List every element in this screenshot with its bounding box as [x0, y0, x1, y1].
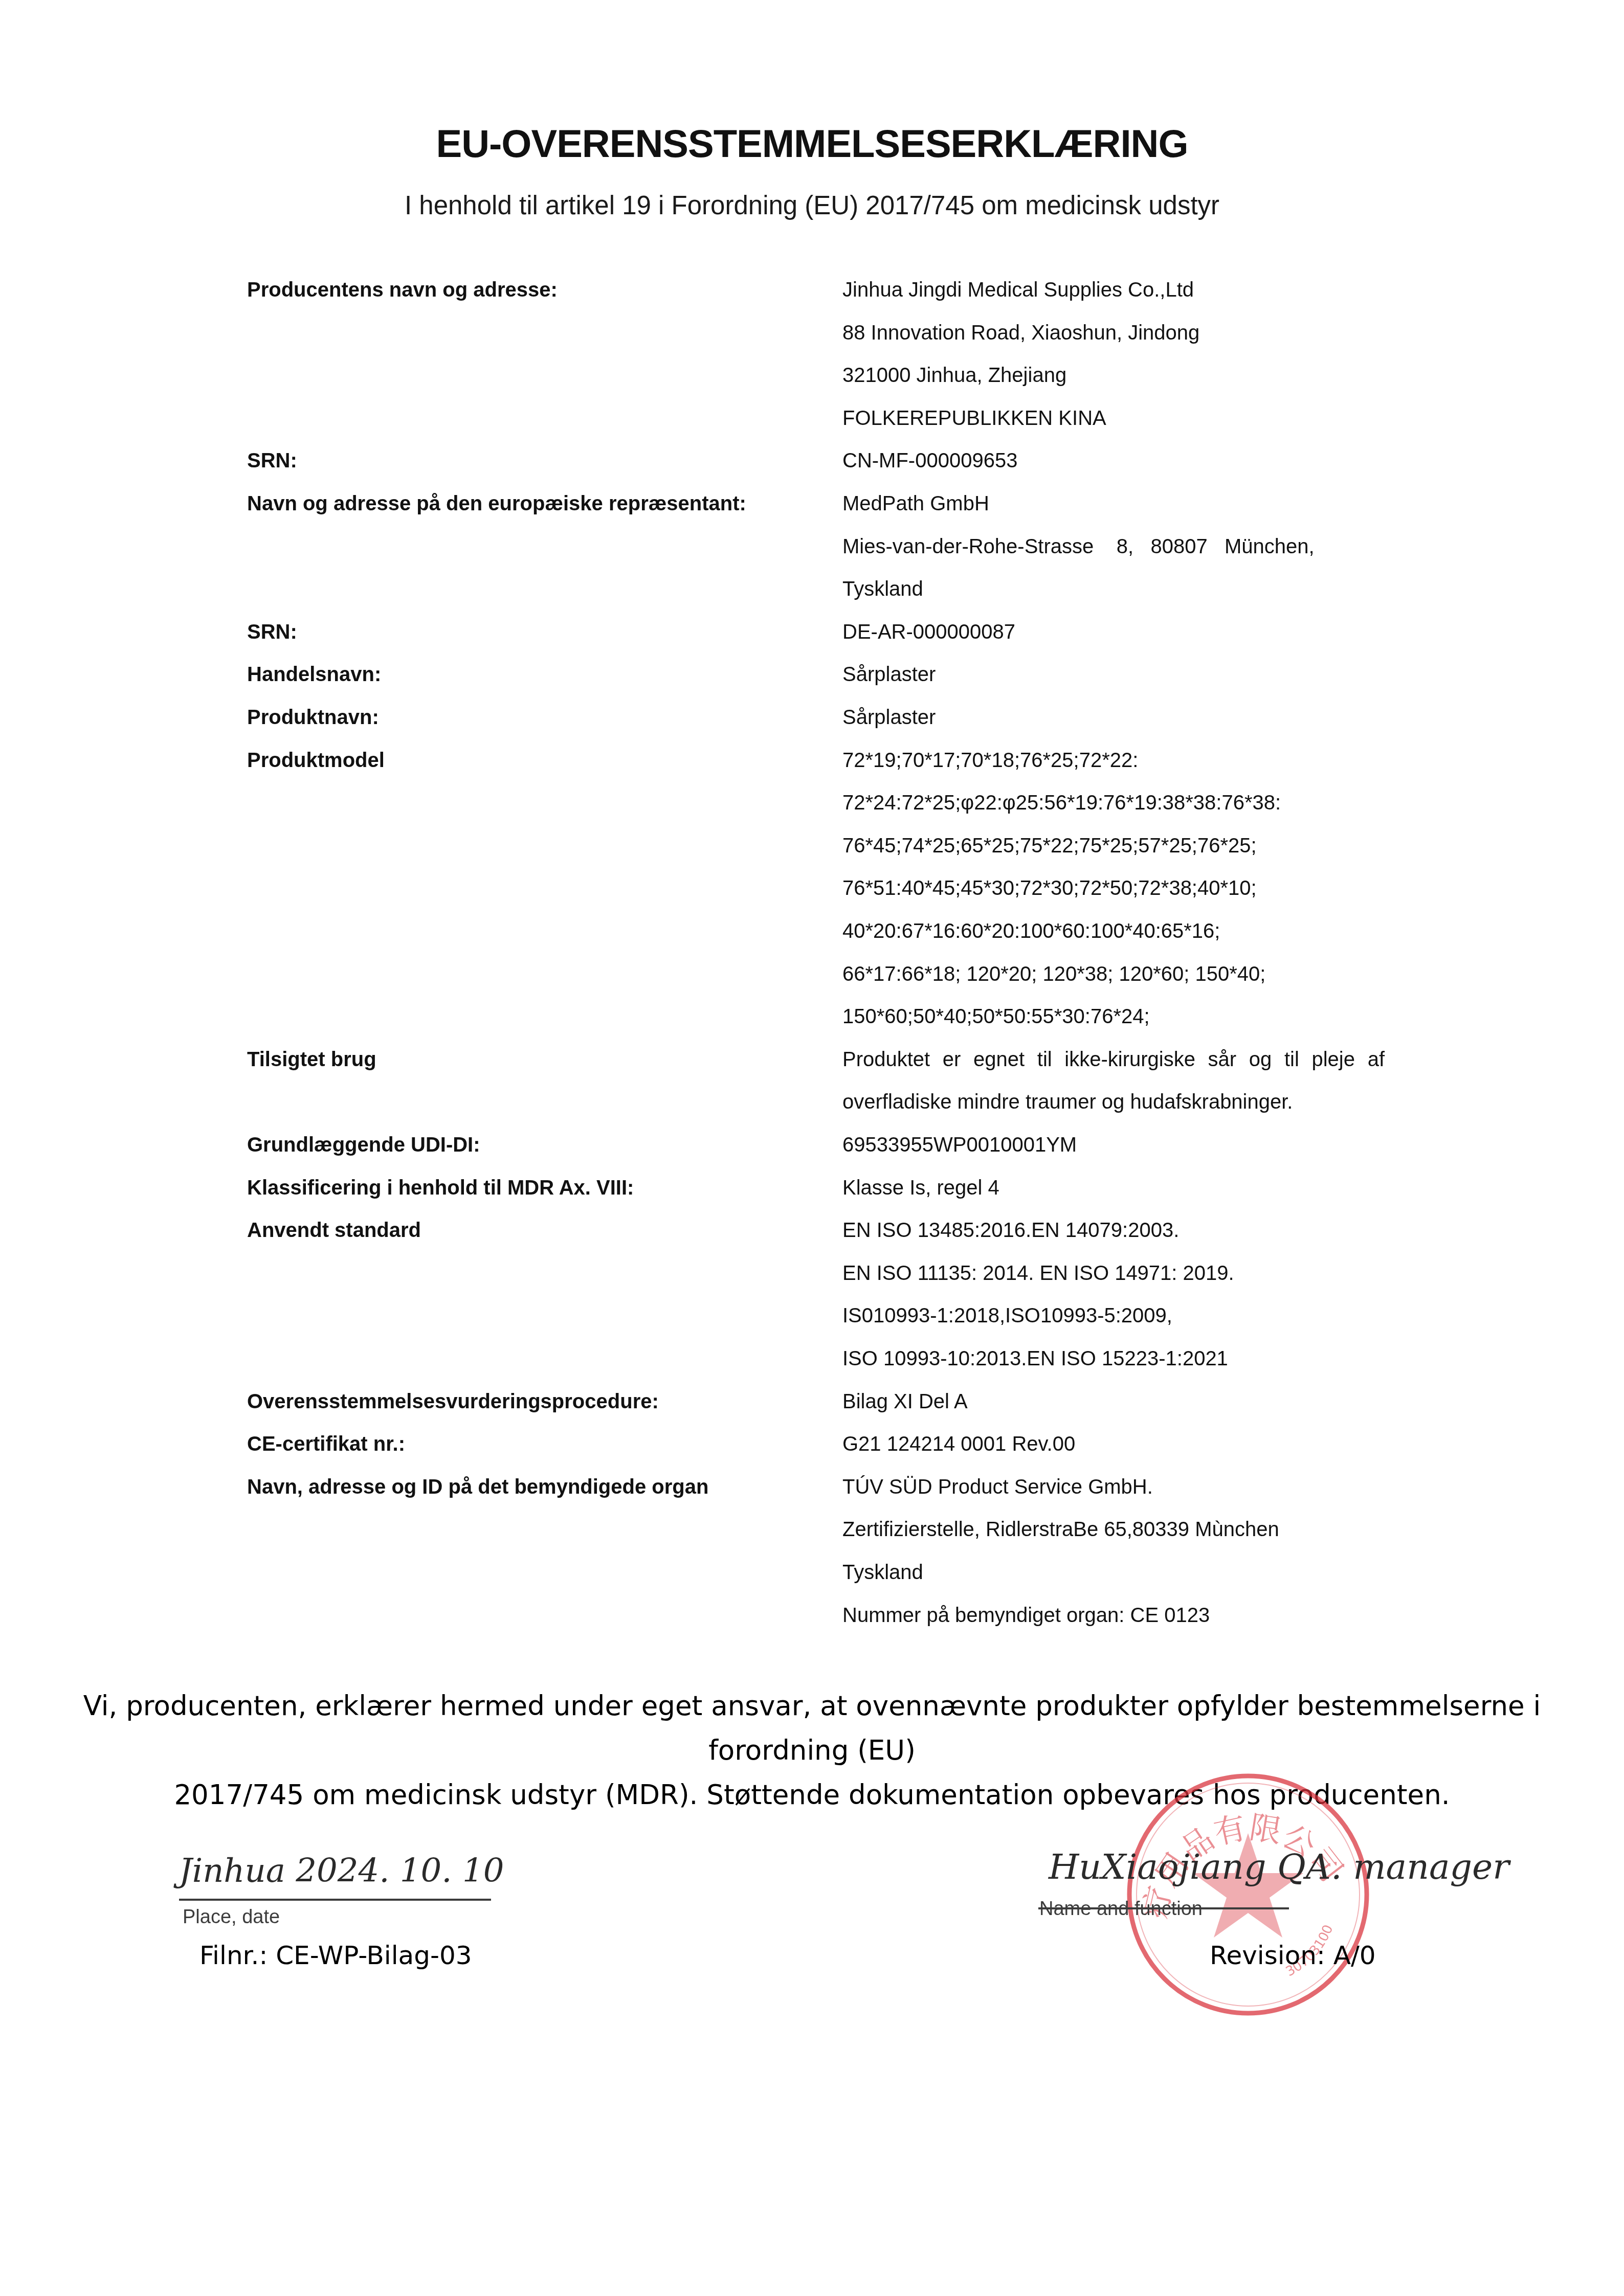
place-date-line	[179, 1899, 491, 1901]
name-function-caption: Name and function	[1039, 1898, 1203, 1920]
field-label: Producentens navn og adresse:	[247, 279, 558, 302]
file-number: Filnr.: CE-WP-Bilag-03	[199, 1941, 472, 1970]
field-value: G21 124214 0001 Rev.00	[842, 1433, 1075, 1456]
field-value: overfladiske mindre traumer og hudafskra…	[842, 1091, 1293, 1114]
document-subtitle: I henhold til artikel 19 i Forordning (E…	[0, 190, 1624, 220]
field-label: SRN:	[247, 621, 297, 644]
field-value: Bilag XI Del A	[842, 1390, 968, 1413]
field-value: Tyskland	[842, 578, 923, 601]
field-value: 321000 Jinhua, Zhejiang	[842, 364, 1066, 387]
field-label: Grundlæggende UDI-DI:	[247, 1134, 480, 1157]
field-value: 88 Innovation Road, Xiaoshun, Jindong	[842, 322, 1199, 345]
field-label: Overensstemmelsesvurderingsprocedure:	[247, 1390, 659, 1413]
place-date-handwriting: Jinhua 2024. 10. 10	[179, 1852, 504, 1890]
field-value: Sårplaster	[842, 706, 936, 729]
field-label: Klassificering i henhold til MDR Ax. VII…	[247, 1177, 634, 1200]
field-value: 66*17:66*18; 120*20; 120*38; 120*60; 150…	[842, 963, 1265, 986]
field-value: 76*45;74*25;65*25;75*22;75*25;57*25;76*2…	[842, 835, 1257, 858]
field-value: ISO 10993-10:2013.EN ISO 15223-1:2021	[842, 1347, 1228, 1370]
field-label: SRN:	[247, 449, 297, 472]
field-value: 72*19;70*17;70*18;76*25;72*22:	[842, 749, 1138, 772]
field-value: Klasse Is, regel 4	[842, 1177, 999, 1200]
field-label: Tilsigtet brug	[247, 1048, 376, 1071]
field-value: CN-MF-000009653	[842, 449, 1017, 472]
field-value: 40*20:67*16:60*20:100*60:100*40:65*16;	[842, 920, 1220, 943]
field-label: Produktnavn:	[247, 706, 379, 729]
field-value: IS010993-1:2018,ISO10993-5:2009,	[842, 1304, 1172, 1327]
field-value: Nummer på bemyndiget organ: CE 0123	[842, 1604, 1210, 1627]
field-value: MedPath GmbH	[842, 492, 989, 515]
field-value: 76*51:40*45;45*30;72*30;72*50;72*38;40*1…	[842, 877, 1257, 900]
field-value: Sårplaster	[842, 663, 936, 686]
declaration-line-1: Vi, producenten, erklærer hermed under e…	[77, 1684, 1547, 1773]
field-value: DE-AR-000000087	[842, 621, 1015, 644]
field-value: Zertifizierstelle, RidlerstraBe 65,80339…	[842, 1518, 1279, 1541]
field-label: Navn, adresse og ID på det bemyndigede o…	[247, 1476, 708, 1499]
field-value: Mies-van-der-Rohe-Strasse 8, 80807 Münch…	[842, 535, 1315, 558]
name-function-handwriting: HuXiaojiang QA. manager	[1049, 1847, 1509, 1887]
field-label: Anvendt standard	[247, 1219, 421, 1242]
field-value: EN ISO 13485:2016.EN 14079:2003.	[842, 1219, 1179, 1242]
field-value: Jinhua Jingdi Medical Supplies Co.,Ltd	[842, 279, 1194, 302]
field-value: EN ISO 11135: 2014. EN ISO 14971: 2019.	[842, 1262, 1234, 1285]
field-label: CE-certifikat nr.:	[247, 1433, 405, 1456]
company-seal-stamp: 疗用品有限公司 30703100 46	[1120, 1767, 1376, 2022]
revision: Revision: A/0	[1210, 1941, 1376, 1970]
document-title: EU-OVERENSSTEMMELSESERKLÆRING	[0, 122, 1624, 166]
field-value: 72*24:72*25;φ22:φ25:56*19:76*19:38*38:76…	[842, 792, 1281, 815]
field-value: TÚV SÜD Product Service GmbH.	[842, 1476, 1153, 1499]
field-label: Produktmodel	[247, 749, 385, 772]
field-label: Handelsnavn:	[247, 663, 381, 686]
field-value: 69533955WP0010001YM	[842, 1134, 1077, 1157]
field-value: FOLKEREPUBLIKKEN KINA	[842, 407, 1106, 430]
place-date-caption: Place, date	[183, 1906, 280, 1928]
field-value: Produktet er egnet til ikke-kirurgiske s…	[842, 1048, 1385, 1071]
field-label: Navn og adresse på den europæiske repræs…	[247, 492, 746, 515]
field-value: 150*60;50*40;50*50:55*30:76*24;	[842, 1005, 1150, 1028]
field-value: Tyskland	[842, 1561, 923, 1584]
